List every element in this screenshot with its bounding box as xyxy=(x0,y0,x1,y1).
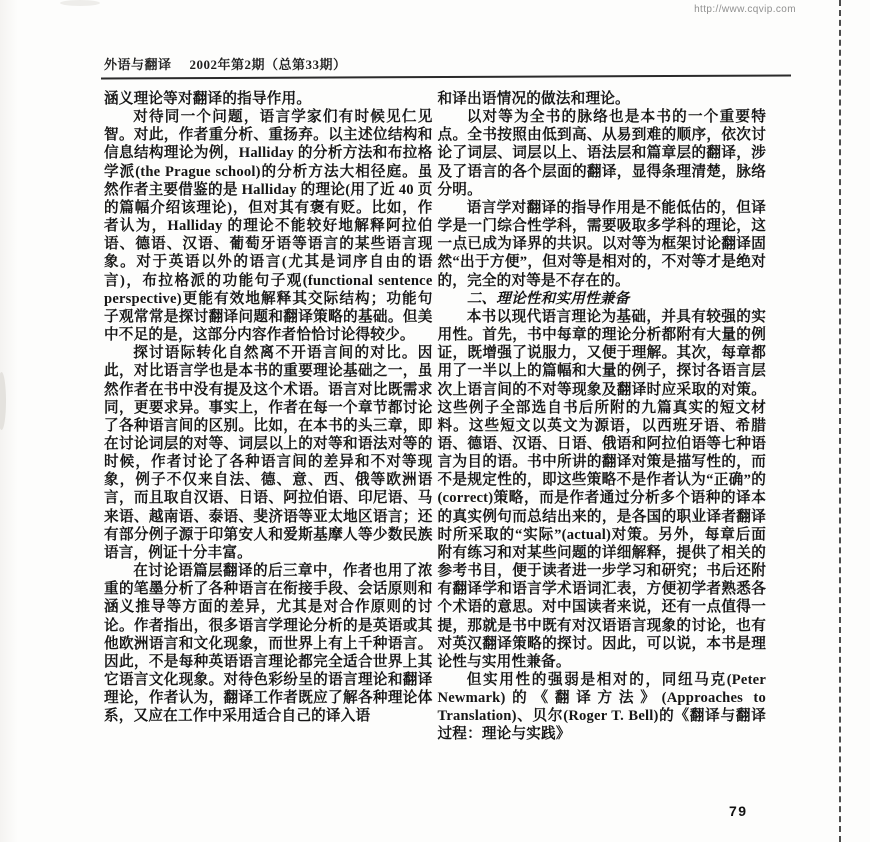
paragraph: 涵义理论等对翻译的指导作用。 xyxy=(104,90,433,108)
text-columns: 涵义理论等对翻译的指导作用。对待同一个问题，语言学家们有时候见仁见智。对此，作者… xyxy=(104,90,766,744)
page-number: 79 xyxy=(729,803,748,819)
journal-title: 外语与翻译 xyxy=(104,57,172,72)
paragraph: 但实用性的强弱是相对的，同纽马克(Peter Newmark)的《翻译方法》(A… xyxy=(438,671,767,744)
paragraph: 在讨论语篇层翻译的后三章中，作者也用了浓重的笔墨分析了各种语言在衔接手段、会话原… xyxy=(104,562,433,725)
issue-info: 2002年第2期（总第33期） xyxy=(190,57,347,72)
paragraph: 和译出语情况的做法和理论。 xyxy=(438,90,767,108)
paragraph: 对待同一个问题，语言学家们有时候见仁见智。对此，作者重分析、重扬弃。以主述位结构… xyxy=(104,108,433,344)
scan-artifact xyxy=(0,372,6,430)
left-column: 涵义理论等对翻译的指导作用。对待同一个问题，语言学家们有时候见仁见智。对此，作者… xyxy=(104,90,433,744)
paragraph: 探讨语际转化自然离不开语言间的对比。因此，对比语言学也是本书的重要理论基础之一，… xyxy=(104,344,433,562)
running-head: 外语与翻译2002年第2期（总第33期） xyxy=(104,54,347,73)
header-rule xyxy=(101,74,791,79)
right-column: 和译出语情况的做法和理论。以对等为全书的脉络也是本书的一个重要特点。全书按照由低… xyxy=(438,90,767,744)
scan-edge-line xyxy=(839,0,841,842)
paragraph: 语言学对翻译的指导作用是不能低估的，但译学是一门综合性学科，需要吸取多学科的理论… xyxy=(438,199,767,290)
section-heading: 二、理论性和实用性兼备 xyxy=(438,290,767,308)
scan-artifact xyxy=(60,0,100,6)
paragraph: 以对等为全书的脉络也是本书的一个重要特点。全书按照由低到高、从易到难的顺序，依次… xyxy=(438,108,767,199)
paragraph: 本书以现代语言理论为基础，并具有较强的实用性。首先，书中每章的理论分析都附有大量… xyxy=(438,308,767,671)
watermark-url: http://www.cqvip.com xyxy=(694,4,796,15)
scanned-page: http://www.cqvip.com 外语与翻译2002年第2期（总第33期… xyxy=(0,0,870,842)
